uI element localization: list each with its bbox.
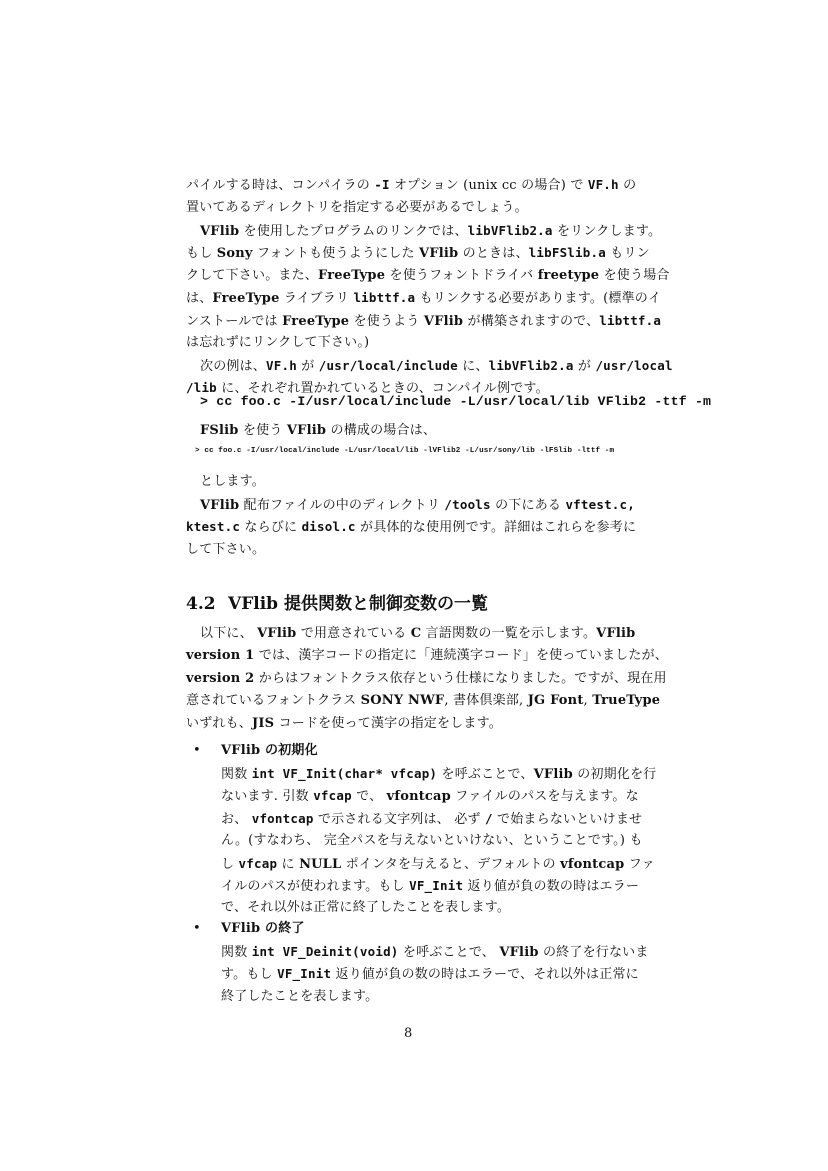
text-line: 関数 int VF_Init(char* vfcap) を呼ぶことで、VFlib… (221, 763, 641, 786)
text-run: ならびに (240, 520, 301, 535)
code-term: vftest.c, (565, 497, 635, 512)
text-line: VFlib 配布ファイルの中のディレクトリ /tools の下にある vftes… (186, 494, 656, 517)
bold-term: NULL (299, 857, 341, 872)
bold-term: FreeType (212, 291, 279, 306)
text-line: は忘れずにリンクして下さい。) (186, 332, 642, 354)
text-run: で用意されている (296, 626, 410, 641)
item-heading: VFlib の初期化 (221, 740, 641, 762)
bold-term: version 1 (186, 648, 254, 663)
text-run: す。もし (221, 967, 277, 982)
bold-term: VFlib (221, 921, 260, 936)
fslib-note: FSlib を使う VFlib の構成の場合は、 (200, 420, 656, 442)
text-run: をリンクします。 (553, 224, 662, 239)
code-term: libttf.a (353, 290, 415, 305)
text-run: フォントも使うようにした (253, 246, 419, 261)
code-term: /usr/local (595, 358, 672, 373)
text-run: を使う (239, 423, 287, 438)
code-term: VF_Init (409, 878, 463, 893)
code-term: int VF_Init(char* vfcap) (252, 766, 437, 781)
text-line: お、 vfontcap で示される文字列は、 必ず / で始まらないといけませ (221, 808, 641, 831)
text-run: で始まらないといけませ (493, 812, 643, 827)
text-line: 次の例は、VF.h が /usr/local/include に、libVFli… (186, 355, 656, 378)
bold-term: VFlib (221, 743, 260, 758)
bold-term: FSlib (200, 423, 239, 438)
text-run: 以下に、 (200, 626, 257, 641)
page-number: 8 (404, 1026, 412, 1041)
text-run: で、それ以外は正常に終了したことを表します。 (221, 900, 510, 915)
text-run: が (574, 359, 596, 374)
bold-term: JIS (252, 716, 274, 731)
text-run: の終了を行ないま (539, 945, 649, 960)
bold-term: の終了 (260, 921, 304, 936)
text-run: 配布ファイルの中のディレクトリ (239, 498, 444, 513)
section-heading: 4.2VFlib 提供関数と制御変数の一覧 (186, 589, 488, 614)
code-term: vfontcap (252, 811, 314, 826)
text-run: いずれも、 (186, 716, 252, 731)
text-run: もリン (606, 246, 650, 261)
text-line: 以下に、 VFlib で用意されている C 言語関数の一覧を示します。VFlib (186, 623, 656, 645)
text-run: クして下さい。また、 (186, 268, 318, 283)
text-line: は、FreeType ライブラリ libttf.a もリンクする必要があります。… (186, 287, 642, 310)
bold-term: VFlib (200, 224, 239, 239)
text-line: ktest.c ならびに disol.c が具体的な使用例です。詳細はこれらを参… (186, 516, 642, 539)
bold-term: freetype (538, 268, 600, 283)
text-run: 言語関数の一覧を示します。 (421, 626, 596, 641)
text-run: 関数 (221, 945, 252, 960)
text-line: して下さい。 (186, 539, 642, 561)
text-line: version 1 では、漢字コードの指定に「連続漢字コード」を使っていましたが… (186, 645, 642, 667)
code-term: -I (374, 177, 389, 192)
text-run: 終了したことを表します。 (221, 989, 378, 1004)
text-run: ポインタを与えると、デフォルトの (341, 857, 560, 872)
text-run: , (584, 693, 593, 708)
text-run: お、 (221, 812, 252, 827)
text-run: に、 (458, 359, 489, 374)
text-run: に (277, 857, 299, 872)
bold-term: version 2 (186, 671, 254, 686)
text-run: の下にある (491, 498, 566, 513)
text-run: コードを使って漢字の指定をします。 (274, 716, 502, 731)
text-run: ファ (624, 857, 654, 872)
bold-term: の初期化 (260, 743, 318, 758)
text-run: は、 (186, 291, 212, 306)
text-run: からはフォントクラス依存という仕様になりました。ですが、現在用 (254, 671, 666, 686)
text-run: とします。 (200, 474, 265, 489)
text-line: クして下さい。また、FreeType を使うフォントドライバ freetype … (186, 265, 642, 287)
bold-term: VFlib (596, 626, 635, 641)
bold-term: VFlib (257, 626, 296, 641)
code-term: libVFlib2.a (489, 358, 574, 373)
text-run: は忘れずにリンクして下さい。) (186, 335, 369, 350)
code-term: ktest.c (186, 519, 240, 534)
bold-term: VFlib (419, 246, 458, 261)
text-run: ンストールでは (186, 314, 282, 329)
text-run: ファイルのパスを与えます。な (451, 789, 639, 804)
code-term: / (485, 811, 493, 826)
text-line: し vfcap に NULL ポインタを与えると、デフォルトの vfontcap… (221, 853, 641, 876)
bold-term: FreeType (282, 314, 349, 329)
text-run: で、 (352, 789, 387, 804)
text-run: もリンクする必要があります。(標準のイ (415, 291, 661, 306)
code-term: /usr/local/include (319, 358, 458, 373)
bold-term: vfontcap (560, 857, 624, 872)
text-line: もし Sony フォントも使うようにした VFlib のときは、libFSlib… (186, 242, 642, 265)
bold-term: FreeType (318, 268, 385, 283)
text-run: ライブラリ (280, 291, 354, 306)
bullet-icon: • (193, 740, 201, 762)
text-line: パイルする時は、コンパイラの -I オプション (unix cc の場合) で … (186, 174, 642, 197)
code-example-1: > cc foo.c -I/usr/local/include -L/usr/l… (200, 394, 711, 409)
text-run: を呼ぶことで、 (437, 767, 533, 782)
text-line: す。もし VF_Init 返り値が負の数の時はエラーで、それ以外は正常に (221, 963, 641, 986)
text-line: いずれも、JIS コードを使って漢字の指定をします。 (186, 713, 642, 735)
code-term: VF.h (588, 177, 619, 192)
text-run: して下さい。 (186, 542, 265, 557)
code-term: VF_Init (277, 966, 331, 981)
text-run: 置いてあるディレクトリを指定する必要があるでしょう。 (186, 200, 528, 215)
text-run: を使うフォントドライバ (385, 268, 538, 283)
text-run: が構築されますので、 (463, 314, 599, 329)
bold-term: SONY NWF (361, 693, 445, 708)
text-run: の初期化を行 (573, 767, 657, 782)
code-term: int VF_Deinit(void) (252, 944, 399, 959)
text-line: ん。(すなわち、 完全パスを与えないといけない、ということです。) も (221, 830, 641, 852)
text-run: の (619, 178, 637, 193)
document-page: パイルする時は、コンパイラの -I オプション (unix cc の場合) で … (0, 0, 828, 1171)
text-line: 終了したことを表します。 (221, 986, 641, 1008)
text-run: 返り値が負の数の時はエラーで、それ以外は正常に (331, 967, 639, 982)
code-term: libVFlib2.a (468, 223, 553, 238)
bold-term: VFlib (534, 767, 573, 782)
code-term: vfcap (239, 856, 278, 871)
text-run: を使うよう (349, 314, 424, 329)
text-line: 意されているフォントクラス SONY NWF, 書体倶楽部, JG Font, … (186, 690, 642, 712)
text-run: 次の例は、 (200, 359, 266, 374)
text-run: の構成の場合は、 (326, 423, 436, 438)
text-line: 置いてあるディレクトリを指定する必要があるでしょう。 (186, 197, 642, 219)
text-line: VFlib を使用したプログラムのリンクでは、libVFlib2.a をリンクし… (186, 220, 656, 243)
text-run: ないます. 引数 (221, 789, 313, 804)
text-run: が具体的な使用例です。詳細はこれらを参考に (356, 520, 637, 535)
text-run: を使う場合 (599, 268, 669, 283)
text-line: 関数 int VF_Deinit(void) を呼ぶことで、 VFlib の終了… (221, 941, 641, 964)
text-run: もし (186, 246, 217, 261)
bold-term: vfontcap (387, 789, 451, 804)
text-line: ンストールでは FreeType を使うよう VFlib が構築されますので、l… (186, 310, 642, 333)
text-run: では、漢字コードの指定に「連続漢字コード」を使っていましたが、 (254, 648, 668, 663)
text-run: ん。(すなわち、 完全パスを与えないといけない、ということです。) も (221, 833, 643, 848)
text-run: し (221, 857, 239, 872)
section-title: VFlib 提供関数と制御変数の一覧 (228, 594, 488, 614)
bold-term: VFlib (499, 945, 538, 960)
code-term: disol.c (302, 519, 356, 534)
text-line: とします。 (186, 471, 656, 493)
code-example-2: > cc foo.c -I/usr/local/include -L/usr/l… (195, 447, 614, 455)
text-run: で示される文字列は、 必ず (314, 812, 485, 827)
bold-term: VFlib (200, 498, 239, 513)
bullet-icon: • (193, 918, 201, 940)
text-run: を呼ぶことで、 (399, 945, 500, 960)
text-run: オプション (unix cc の場合) で (390, 178, 588, 193)
text-run: 関数 (221, 767, 252, 782)
text-run: パイルする時は、コンパイラの (186, 178, 374, 193)
bold-term: VFlib (424, 314, 463, 329)
bold-term: VFlib (287, 423, 326, 438)
item-heading: VFlib の終了 (221, 918, 641, 940)
text-run: 意されているフォントクラス (186, 693, 361, 708)
text-line: ないます. 引数 vfcap で、 vfontcap ファイルのパスを与えます。… (221, 785, 641, 808)
text-run: , 書体倶楽部, (444, 693, 527, 708)
bold-term: Sony (217, 246, 253, 261)
text-line: version 2 からはフォントクラス依存という仕様になりました。ですが、現在… (186, 668, 642, 690)
text-run: 返り値が負の数の時はエラー (463, 879, 639, 894)
text-run: が (297, 359, 319, 374)
code-term: /tools (444, 497, 490, 512)
bold-term: JG Font (528, 693, 584, 708)
section-number: 4.2 (186, 594, 228, 614)
bold-term: TrueType (592, 693, 660, 708)
text-run: を使用したプログラムのリンクでは、 (239, 224, 467, 239)
text-run: イルのパスが使われます。もし (221, 879, 409, 894)
text-line: で、それ以外は正常に終了したことを表します。 (221, 897, 641, 919)
code-term: libttf.a (599, 313, 661, 328)
bold-term: C (411, 626, 422, 641)
code-term: /lib (186, 380, 217, 395)
text-line: イルのパスが使われます。もし VF_Init 返り値が負の数の時はエラー (221, 875, 641, 898)
code-term: libFSlib.a (529, 245, 606, 260)
code-term: vfcap (313, 788, 352, 803)
text-run: のときは、 (458, 246, 528, 261)
code-term: VF.h (266, 358, 297, 373)
